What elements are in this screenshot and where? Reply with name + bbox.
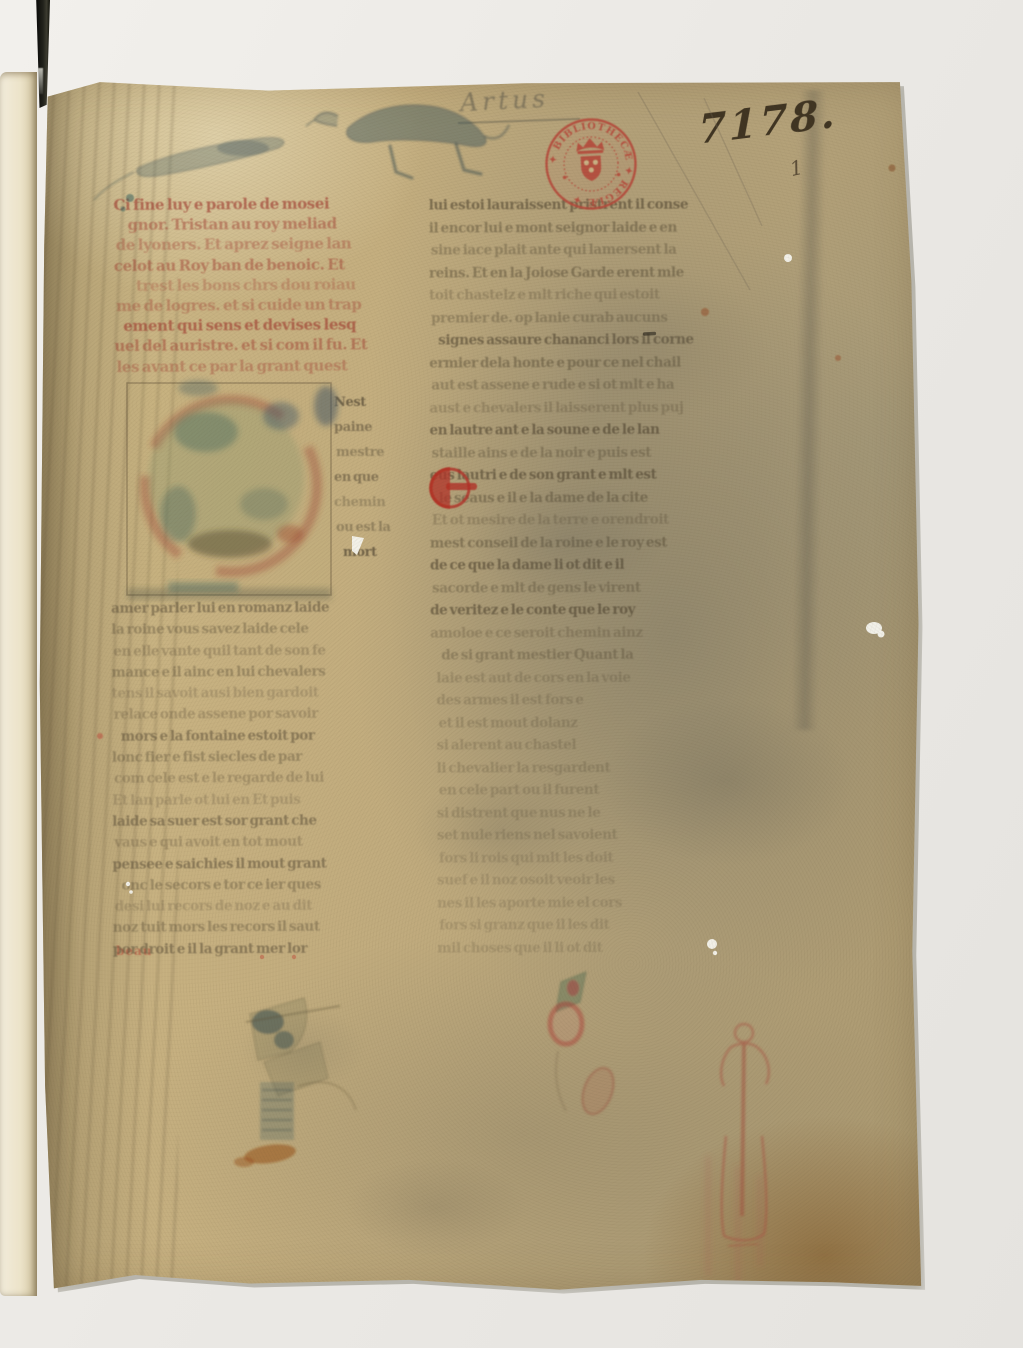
text-line: suef e il noz osoit veoir les [437, 868, 737, 892]
gutter-wrinkles [38, 76, 178, 1292]
text-line: mestre [336, 440, 416, 465]
text-line: aut est assene e rude e si ot mlt e ha [431, 373, 737, 397]
text-line: trest les bons chrs dou roiau [136, 274, 414, 296]
text-line: de ce que la dame li ot dit e il [430, 553, 736, 577]
drawings-and-stains-layer [38, 76, 922, 1292]
text-line: celot au Roy ban de benoic. Et [114, 254, 414, 276]
pennant-sketch [550, 972, 619, 1118]
text-line: set nule riens nel savoient [437, 823, 737, 847]
text-line: ement qui sens et devises lesq [123, 314, 414, 336]
text-line: sacorde e mlt de gens le virent [432, 576, 738, 600]
text-line: paine [334, 415, 414, 440]
text-line: relace onde assene por savoir [114, 704, 414, 727]
text-line: fors si granz que il les dit [439, 913, 739, 937]
text-line: reins. Et en la Joiose Garde erent mle [429, 261, 735, 285]
text-line: noz tuit mors les recors il saut [113, 917, 413, 940]
text-line: premier de. op lanie curab aucuns [431, 306, 737, 330]
text-line: onc le secors e tor ce ier ques [122, 874, 413, 897]
dragon-doodle-right [306, 105, 509, 178]
pencil-title-inscription: Artus [459, 84, 549, 118]
rubric-text-block: Ci fine luy e parole de moseignor. Trist… [113, 193, 414, 377]
folio-number: 1 [788, 155, 805, 181]
text-line: les avant ce par la grant quest [116, 355, 416, 377]
text-line: Nest [334, 390, 414, 415]
text-line: laide sa suer est sor grant che [112, 810, 412, 833]
text-line: ermier dela honte e pour ce nel chail [429, 351, 735, 375]
text-line: si distrent que nus ne le [437, 801, 737, 825]
crease-lines [638, 92, 762, 290]
side-column-text: Nestpainemestreen quecheminou est lamort [334, 390, 414, 565]
text-line: en lautre ant e la soune e de le lan [429, 418, 735, 442]
text-line: lonc fier e fist siecles de par [112, 746, 412, 769]
text-line: laie est aut de cors en la voie [436, 666, 736, 690]
text-line: uel del auristre. et si com il fu. Et [114, 334, 414, 356]
dragon-doodle-left [94, 138, 284, 200]
text-line: staille ains e de la noir e puis est [432, 441, 738, 465]
red-initial-E [429, 467, 477, 509]
text-line: com cele est e le regarde de lui [114, 768, 414, 791]
text-line: tens il savoit ausi bien gardoit [112, 682, 412, 705]
text-line: fors li rois qui mlt les doit [439, 846, 739, 870]
text-line: pensee e saichies il mout grant [112, 853, 412, 876]
manuscript-scan-view: { "canvas": {"width": 1023, "height": 13… [0, 0, 1023, 1348]
inscription-underline [458, 118, 580, 124]
text-line: Et lan parle ot lui en Et puis [112, 789, 412, 812]
white-damage-flecks [126, 254, 885, 955]
text-line: li chevalier la resgardent [437, 756, 737, 780]
text-line: en elle vante quil tant de son fe [113, 640, 413, 663]
text-line: des armes il est fors e [436, 688, 736, 712]
ink-and-rust-spots [97, 165, 896, 960]
stamp-outer-ring [544, 117, 638, 211]
text-line: vaus e qui avoit en tot mout [114, 831, 414, 854]
stamp-shield-icon [581, 155, 602, 181]
text-line: mest conseil de la roine e le roy est [430, 531, 736, 555]
stamp-inner-ring [563, 136, 620, 193]
red-offset-streaks [708, 1156, 760, 1286]
clamp-glint [38, 68, 43, 94]
text-line: sine iace plait ante qui lamersent la [431, 238, 737, 262]
text-line: gnor. Tristan au roy meliad [128, 213, 414, 235]
text-line: mors e la fontaine estoit por [121, 725, 412, 748]
parchment-page: Artus 7178. 1 beau Ci fine luy e parole … [38, 76, 922, 1292]
text-line: Ci fine luy e parole de mosei [113, 193, 413, 215]
text-line: de lyoners. Et aprez seigne lan [116, 233, 416, 255]
text-line: mance e il ainc en lui chevalers [111, 661, 411, 684]
text-line: amer parler lui en romanz laide [111, 597, 411, 620]
text-line: lui estoi lauraissent pristrent il conse [429, 193, 735, 217]
binding-board-edge [0, 72, 37, 1296]
margin-red-word: beau [116, 944, 153, 958]
text-line: eus lautri e de son grant e mlt est [430, 463, 736, 487]
right-column-text: lui estoi lauraissent pristrent il conse… [429, 193, 738, 959]
text-line: de veritez e le conte que le roy [430, 598, 736, 622]
text-line: signes assaure chananci lors il corne [438, 328, 735, 352]
text-line: il encor lui e mont seignor laide e en [429, 216, 735, 240]
text-line: desi lui recors de noz e au dit [115, 895, 415, 918]
miniature-red-ring [145, 400, 317, 572]
robed-figure-sketch [721, 1024, 769, 1246]
miniature-panel [127, 380, 338, 600]
vertical-crease [792, 90, 827, 730]
text-line: de si grant mestier Quant la [441, 643, 738, 667]
text-line: aust e chevalers il laisserent plus puj [429, 396, 735, 420]
knight-sketch [234, 998, 356, 1167]
library-stamp: ✦ BIBLIOTHECÆ ✦ REGIÆ ✦ [543, 116, 639, 212]
text-line: mort [343, 540, 414, 565]
text-line: toit chastelz e mlt riche qui estoit [429, 283, 735, 307]
text-line: en cele part ou il furent [439, 778, 739, 802]
stamp-crown-icon [576, 137, 605, 151]
text-line: ou est la [336, 515, 416, 540]
text-line: la roine vous savez laide cele [111, 619, 411, 642]
text-line: nes il les aporte mie el cors [437, 891, 737, 915]
stamp-ring-text-glyphs: ✦ BIBLIOTHECÆ ✦ REGIÆ ✦ [546, 119, 637, 210]
text-line: por droit e il la grant mer lor [113, 938, 413, 961]
text-line: en que [334, 465, 414, 490]
text-line: le seaus e il e la dame de la cite [439, 486, 736, 510]
text-line: chemin [334, 490, 414, 515]
text-line: Et ot mesire de la terre e orendroit [432, 508, 738, 532]
text-line: amoloe e ce seroit chemin ainz [430, 621, 736, 645]
text-line: si alerent au chastel [437, 733, 737, 757]
left-column-text: amer parler lui en romanz laidela roine … [111, 597, 413, 961]
text-line: et il est mout dolanz [438, 711, 738, 735]
text-line: me de logres. et si cuide un trap [116, 294, 416, 316]
shelfmark-number: 7178. [699, 89, 838, 153]
text-line: mil choses que il li ot dit [437, 936, 737, 960]
